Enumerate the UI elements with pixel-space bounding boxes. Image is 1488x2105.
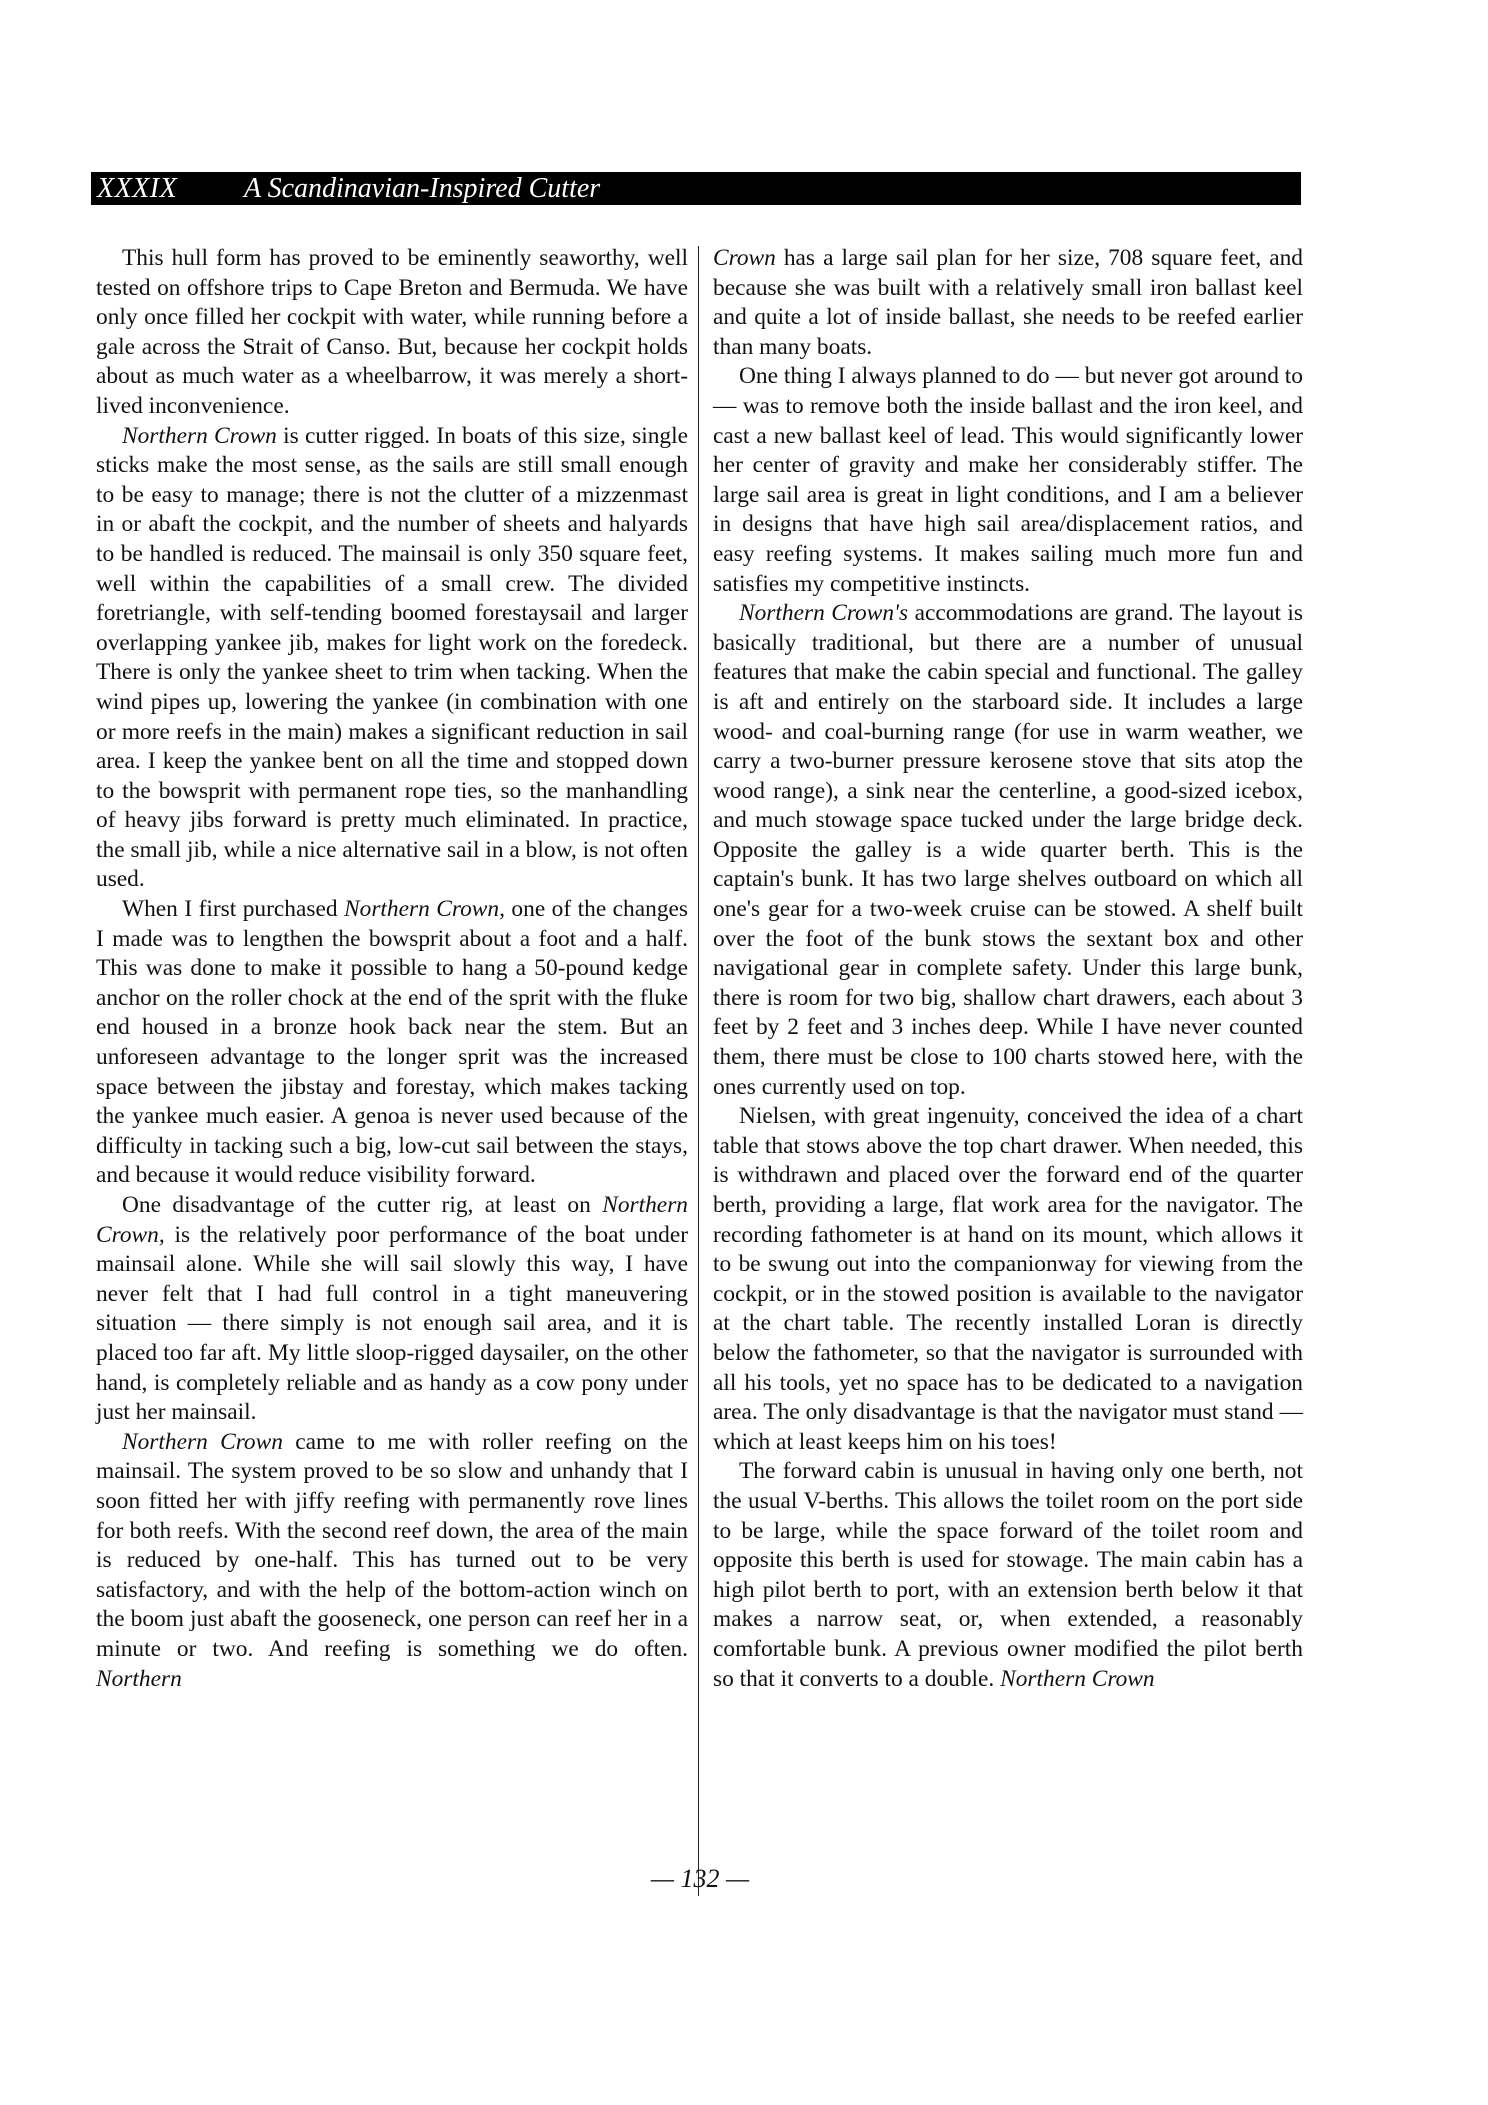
text-segment: came to me with roller reefing on the ma… [96, 1429, 688, 1662]
right-text-column: Crown has a large sail plan for her size… [713, 244, 1303, 1694]
paragraph: When I first purchased Northern Crown, o… [96, 895, 688, 1191]
paragraph: One disadvantage of the cutter rig, at l… [96, 1191, 688, 1428]
paragraph: Nielsen, with great ingenuity, conceived… [713, 1102, 1303, 1457]
text-segment: one of the changes I made was to lengthe… [96, 896, 688, 1188]
chapter-title: A Scandinavian-Inspired Cutter [244, 172, 600, 205]
text-segment: When I first purchased [122, 896, 344, 922]
italic-text-segment: Northern Crown [122, 1429, 283, 1455]
column-divider [698, 246, 699, 1896]
chapter-number: XXXIX [97, 172, 177, 205]
paragraph: Crown has a large sail plan for her size… [713, 244, 1303, 362]
paragraph: Northern Crown's accommodations are gran… [713, 599, 1303, 1102]
text-segment: One thing I always planned to do — but n… [713, 363, 1303, 596]
paragraph: One thing I always planned to do — but n… [713, 362, 1303, 599]
italic-text-segment: Northern Crown [122, 423, 277, 449]
text-segment: is the relatively poor performance of th… [96, 1222, 688, 1426]
left-text-column: This hull form has proved to be eminentl… [96, 244, 688, 1694]
text-segment: One disadvantage of the cutter rig, at l… [122, 1192, 602, 1218]
text-segment: Nielsen, with great ingenuity, conceived… [713, 1103, 1303, 1455]
italic-text-segment: Northern Crown [1000, 1666, 1154, 1692]
paragraph: Northern Crown is cutter rigged. In boat… [96, 422, 688, 896]
page-number: — 132 — [600, 1862, 800, 1896]
paragraph: The forward cabin is unusual in having o… [713, 1457, 1303, 1694]
chapter-header-bar: XXXIX A Scandinavian-Inspired Cutter [91, 172, 1301, 205]
paragraph: This hull form has proved to be eminentl… [96, 244, 688, 422]
italic-text-segment: Northern [96, 1666, 182, 1692]
text-segment: The forward cabin is unusual in having o… [713, 1458, 1303, 1691]
text-segment: accommodations are grand. The layout is … [713, 600, 1303, 1100]
italic-text-segment: Northern Crown's [739, 600, 908, 626]
italic-text-segment: Northern Crown, [344, 896, 505, 922]
text-segment: has a large sail plan for her size, 708 … [713, 245, 1303, 360]
text-segment: This hull form has proved to be eminentl… [96, 245, 688, 419]
paragraph: Northern Crown came to me with roller re… [96, 1428, 688, 1694]
text-segment: is cutter rigged. In boats of this size,… [96, 423, 688, 893]
italic-text-segment: Crown [713, 245, 776, 271]
